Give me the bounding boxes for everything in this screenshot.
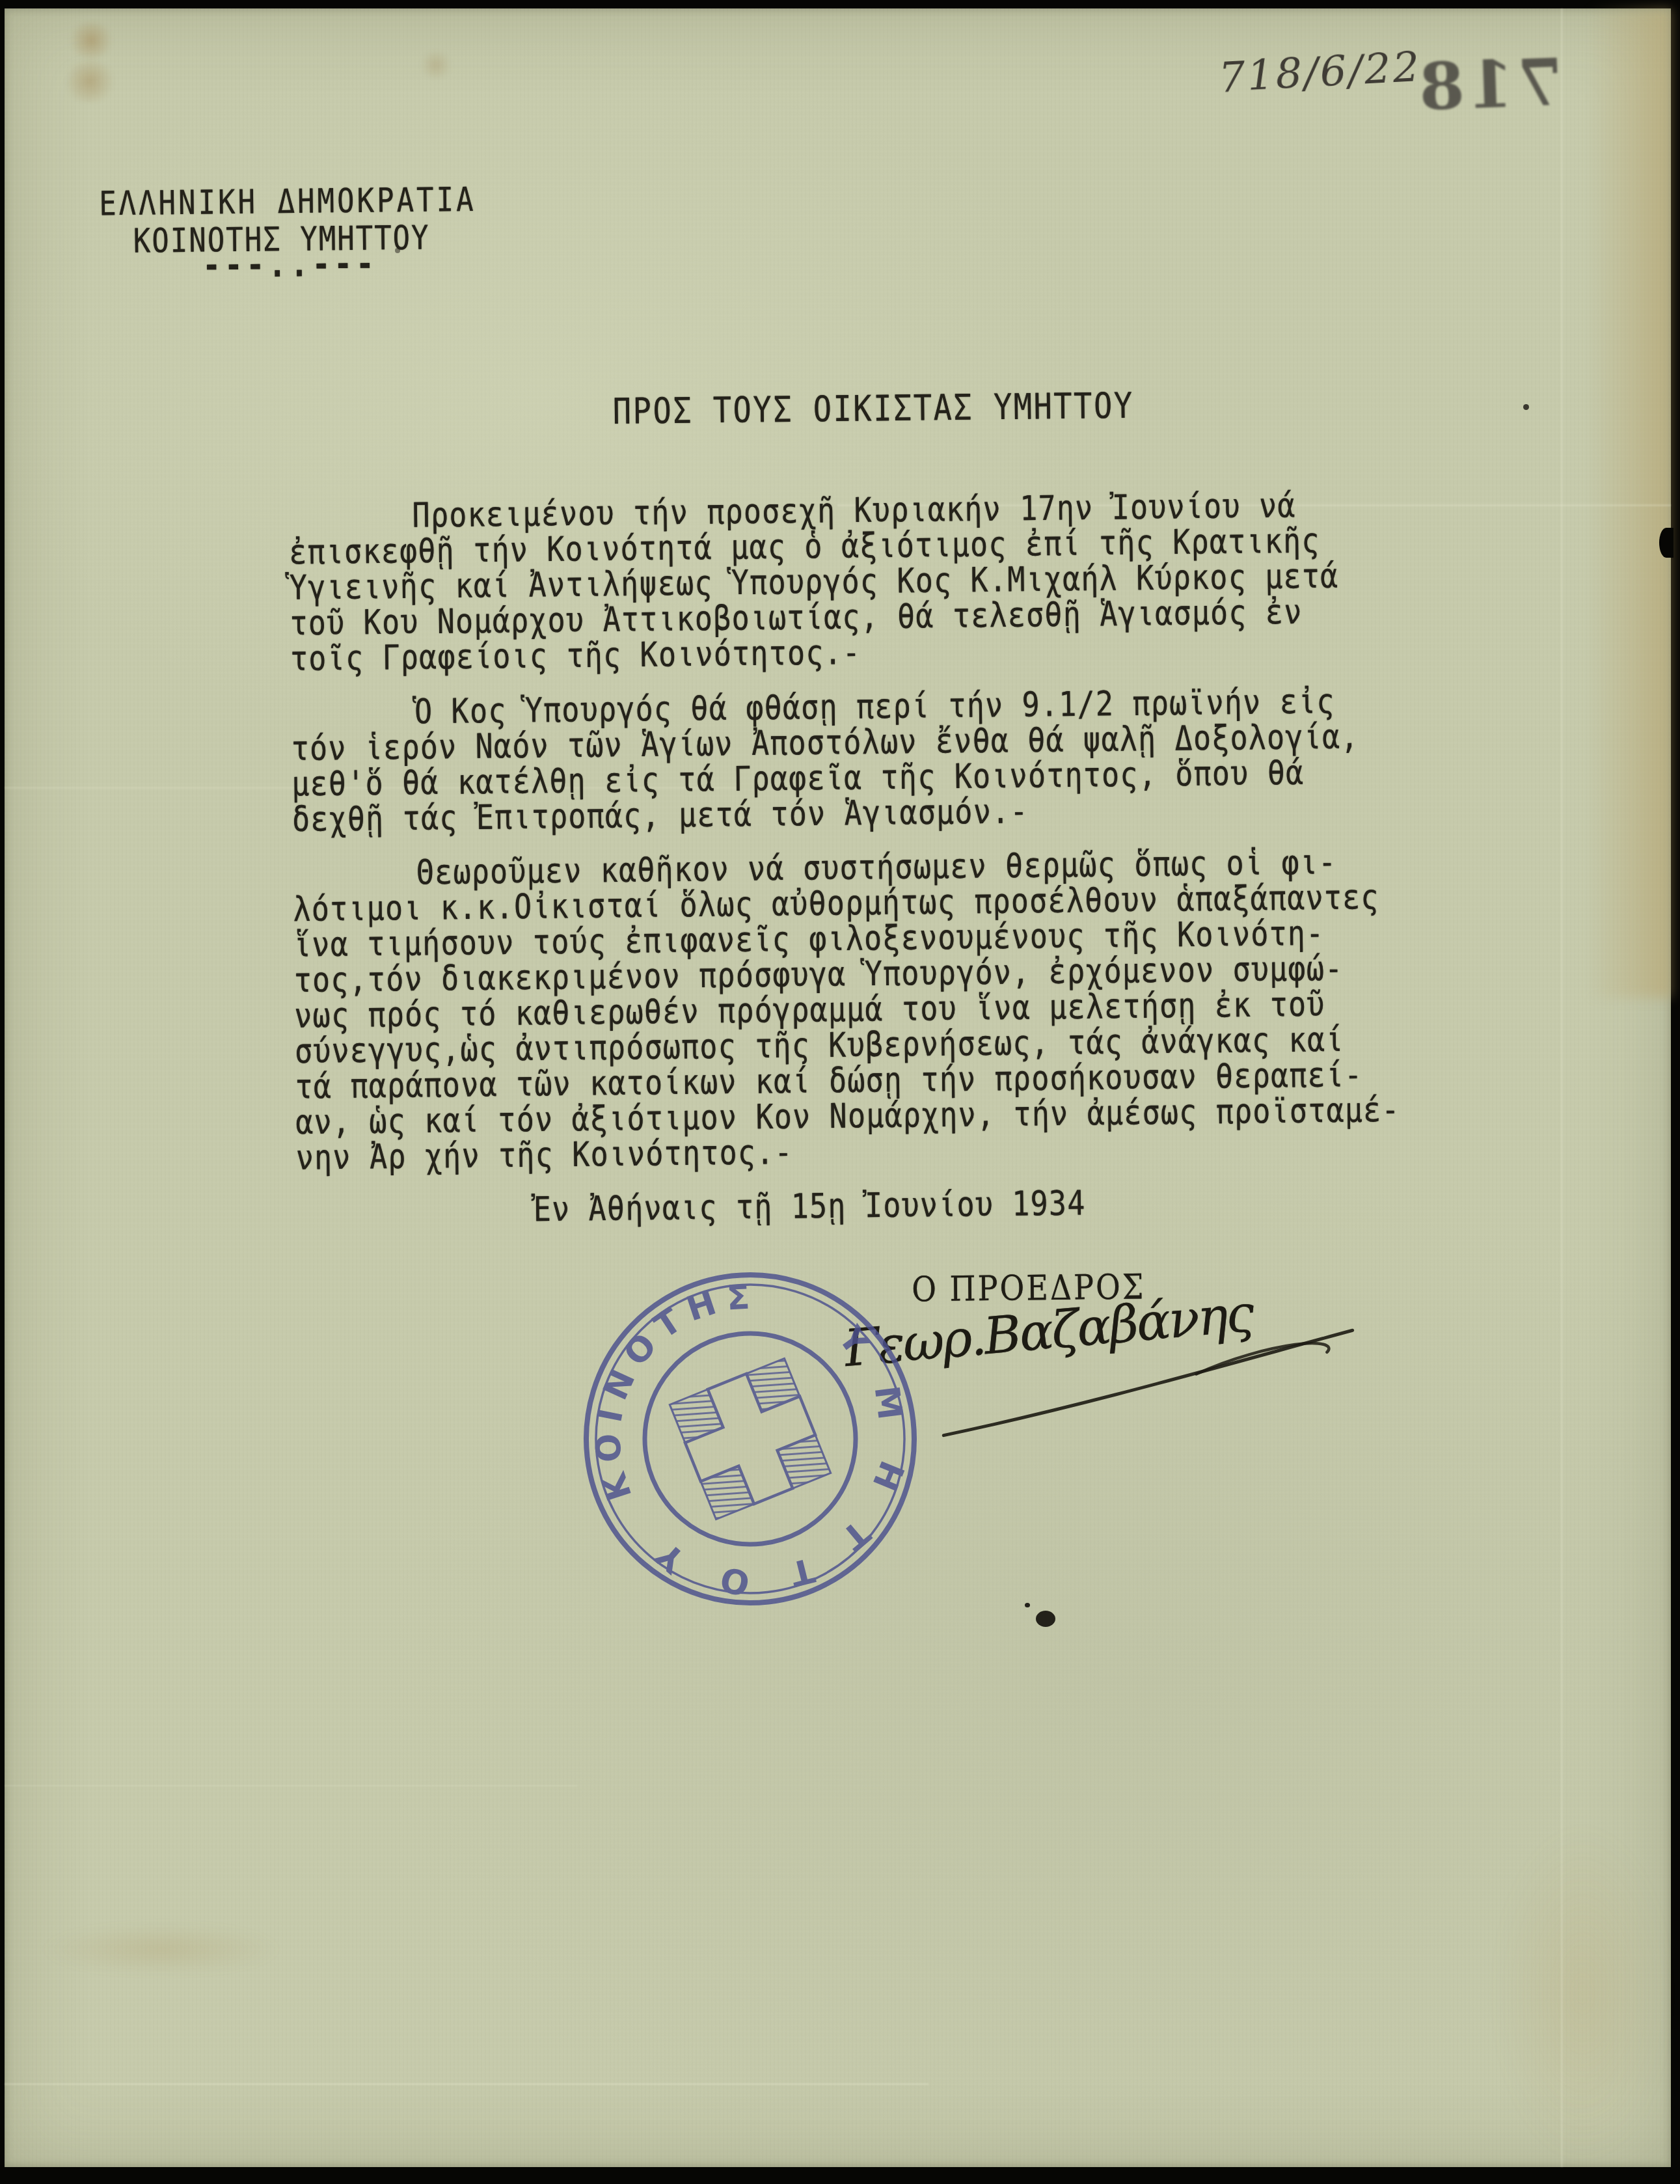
official-round-stamp: ΚΟΙΝΟΤΗΣ ΥΜΗΤΤΟΥ [573,1262,927,1616]
paragraph-3: Θεωροῦμεν καθῆκον νά συστήσωμεν θερμῶς ὅ… [293,843,1441,1175]
scanned-document-page: 718/6/22 718 ΕΛΛΗΝΙΚΗ ΔΗΜΟΚΡΑΤΙΑ ΚΟΙΝΟΤΗ… [0,0,1680,2184]
paper-sheet: 718/6/22 718 ΕΛΛΗΝΙΚΗ ΔΗΜΟΚΡΑΤΙΑ ΚΟΙΝΟΤΗ… [5,8,1671,2167]
ink-blot [1036,1611,1055,1627]
ink-blot-satellite [1025,1603,1030,1607]
document-title: ΠΡΟΣ ΤΟΥΣ ΟΙΚΙΣΤΑΣ ΥΜΗΤΤΟΥ [612,385,1133,433]
stamp-cross-emblem [670,1358,830,1519]
typed-content: ΕΛΛΗΝΙΚΗ ΔΗΜΟΚΡΑΤΙΑ ΚΟΙΝΟΤΗΣ ΥΜΗΤΤΟΥ ---… [0,0,1680,2177]
paragraph-1: Προκειμένου τήν προσεχῆ Κυριακήν 17ην Ἰο… [288,486,1435,677]
document-body: Προκειμένου τήν προσεχῆ Κυριακήν 17ην Ἰο… [288,486,1442,1230]
paragraph-2: Ὁ Κος Ὑπουργός θά φθάσῃ περί τήν 9.1/2 π… [291,682,1437,837]
letterhead-divider: ---..--- [202,243,378,286]
dateline: Ἐν Ἀθήναις τῇ 15ῃ Ἰουνίου 1934 [296,1181,1442,1229]
letterhead-line-1: ΕΛΛΗΝΙΚΗ ΔΗΜΟΚΡΑΤΙΑ [99,180,476,223]
